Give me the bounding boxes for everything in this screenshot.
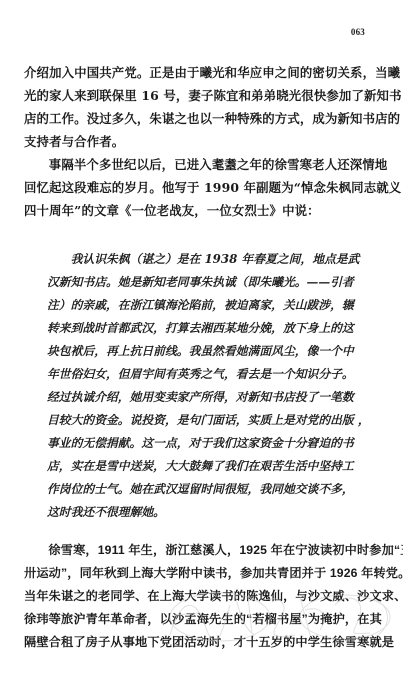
text-line: 支持者与合作者。 — [24, 130, 364, 153]
quote-line: 作岗位的士气。她在武汉逗留时间很短，我同她交谈不多， — [47, 478, 341, 501]
text-line: 徐玮等旅沪青年革命者，以沙孟海先生的“若榴书屋”为掩护，在其 — [24, 608, 363, 631]
quote-line: 转来到战时首都武汉，打算去湘西某地分娩，放下身上的这 — [47, 317, 341, 340]
quote-line: 注）的亲戚，在浙江镇海沦陷前，被迫离家，关山跋涉，辗 — [47, 294, 341, 317]
text-line: 光的家人来到联保里 16 号，妻子陈宜和弟弟晓光很快参加了新知书 — [24, 84, 364, 107]
text-line: 卅运动”，同年秋到上海大学附中读书，参加共青团并于 1926 年转党。 — [24, 562, 363, 585]
quote-line: 店，实在是雪中送炭，大大鼓舞了我们在艰苦生活中坚持工 — [47, 455, 341, 478]
text-line: 四十周年”的文章《一位老战友，一位女烈士》中说： — [24, 199, 364, 222]
text-line: 事隔半个多世纪以后，已进入耄耋之年的徐雪寒老人还深情地 — [24, 153, 364, 176]
text-line: 介绍加入中国共产党。正是由于曦光和华应申之间的密切关系，当曦 — [24, 61, 364, 84]
text-line: 回忆起这段难忘的岁月。他写于 1990 年副题为“悼念朱枫同志就义 — [24, 176, 364, 199]
body-paragraph-bottom: 徐雪寒，1911 年生，浙江慈溪人，1925 年在宁波读初中时参加“五 卅运动”… — [24, 539, 363, 654]
body-paragraphs-top: 介绍加入中国共产党。正是由于曦光和华应申之间的密切关系，当曦 光的家人来到联保里… — [24, 61, 364, 222]
paragraph-biography: 徐雪寒，1911 年生，浙江慈溪人，1925 年在宁波读初中时参加“五 卅运动”… — [24, 539, 363, 654]
quote-line: 我认识朱枫（谌之）是在 1938 年春夏之间，地点是武 — [47, 248, 341, 271]
paragraph-recollection: 事隔半个多世纪以后，已进入耄耋之年的徐雪寒老人还深情地 回忆起这段难忘的岁月。他… — [24, 153, 364, 222]
quote-line: 经过执诚介绍，她用变卖家产所得，对新知书店投了一笔数 — [47, 386, 341, 409]
block-quote: 我认识朱枫（谌之）是在 1938 年春夏之间，地点是武 汉新知书店。她是新知老同… — [47, 248, 341, 524]
quote-line: 目较大的资金。说投资，是句门面话，实质上是对党的出版 ， — [47, 409, 341, 432]
paragraph-continuation: 介绍加入中国共产党。正是由于曦光和华应申之间的密切关系，当曦 光的家人来到联保里… — [24, 61, 364, 153]
quote-line: 年世俗妇女，但眉宇间有英秀之气，看去是一个知识分子。 — [47, 363, 341, 386]
quote-line: 汉新知书店。她是新知老同事朱执诚（即朱曦光。——引者 — [47, 271, 341, 294]
text-line: 隔壁合租了房子从事地下党团活动时，才十五岁的中学生徐雪寒就是 — [24, 631, 363, 654]
text-line: 店的工作。没过多久，朱谌之也以一种特殊的方式，成为新知书店的 — [24, 107, 364, 130]
quote-line: 这时我还不很理解她。 — [47, 501, 341, 524]
quote-line: 块包袱后，再上抗日前线。我虽然看她满面风尘，像一个中 — [47, 340, 341, 363]
quote-line: 事业的无偿捐献。这一点，对于我们这家资金十分窘迫的书 — [47, 432, 341, 455]
page-number: 063 — [351, 27, 365, 37]
text-line: 当年朱谌之的老同学、在上海大学读书的陈逸仙，与沙文威、沙文求、 — [24, 585, 363, 608]
text-line: 徐雪寒，1911 年生，浙江慈溪人，1925 年在宁波读初中时参加“五 — [24, 539, 363, 562]
